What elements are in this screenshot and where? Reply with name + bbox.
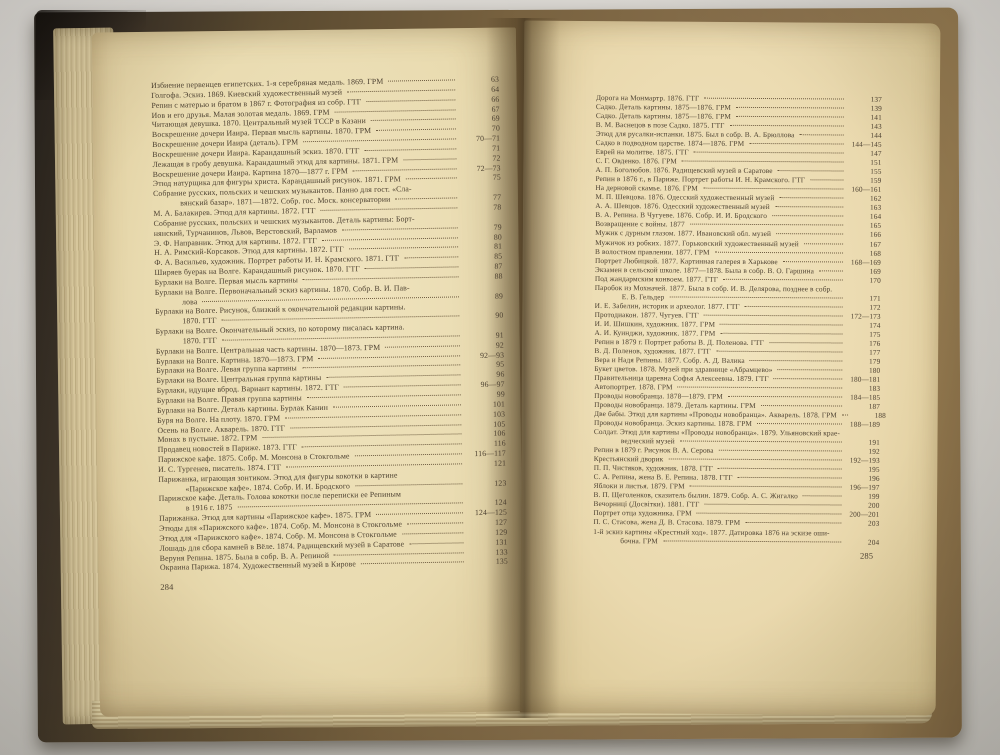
entry-page-number: 90 — [463, 311, 503, 321]
dot-leader — [720, 333, 842, 335]
entry-page-number: 116 — [466, 439, 506, 449]
dot-leader — [409, 542, 463, 544]
entry-page-number: 95 — [464, 360, 504, 370]
entry-page-number: 166 — [847, 230, 881, 239]
entry-page-number: 70—71 — [460, 134, 500, 144]
dot-leader — [376, 512, 463, 515]
dot-leader — [303, 138, 456, 142]
entry-title: ведческий музей — [594, 436, 675, 445]
entry-page-number: 168 — [847, 248, 881, 257]
dot-leader — [237, 503, 462, 508]
entry-page-number: 131 — [467, 537, 507, 547]
entry-title: Автопортрет. 1878. ГРМ — [594, 382, 673, 391]
toc-list-right: Дорога на Монмартр. 1876. ГТГ137Садко. Д… — [593, 93, 882, 560]
dot-leader — [287, 463, 463, 467]
dot-leader — [669, 296, 842, 298]
dot-leader — [347, 89, 455, 92]
entry-page-number: 144 — [848, 131, 882, 140]
dot-leader — [366, 99, 455, 102]
dot-leader — [749, 143, 843, 145]
dot-leader — [736, 107, 844, 109]
dot-leader — [704, 504, 841, 506]
dot-leader — [344, 385, 461, 388]
dot-leader — [779, 197, 843, 198]
dot-leader — [704, 314, 843, 316]
entry-page-number: 66 — [459, 94, 499, 104]
dot-leader — [697, 513, 842, 515]
entry-page-number: 203 — [845, 519, 879, 528]
entry-page-number: 196 — [846, 474, 880, 483]
dot-leader — [750, 360, 843, 362]
dot-leader — [342, 227, 458, 230]
entry-title: Е. В. Гельдер — [595, 292, 665, 301]
entry-page-number: 204 — [845, 537, 879, 546]
dot-leader — [719, 450, 842, 452]
entry-page-number: 135 — [468, 557, 508, 567]
entry-page-number: 199 — [846, 492, 880, 501]
dot-leader — [738, 477, 842, 479]
entry-page-number: 124 — [467, 498, 507, 508]
entry-page-number: 191 — [846, 438, 880, 447]
dot-leader — [668, 459, 841, 461]
entry-page-number: 144—145 — [848, 140, 882, 149]
dot-leader — [775, 206, 843, 207]
entry-page-number: 187 — [846, 402, 880, 411]
entry-page-number: 183 — [846, 384, 880, 393]
dot-leader — [803, 496, 842, 497]
dot-leader — [761, 405, 842, 406]
entry-page-number: 99 — [465, 390, 505, 400]
entry-page-number: 170 — [847, 275, 881, 284]
dot-leader — [678, 387, 843, 389]
entry-page-number: 80 — [462, 232, 502, 242]
dot-leader — [720, 324, 843, 326]
entry-page-number: 174 — [847, 320, 881, 329]
dot-leader — [303, 276, 459, 280]
entry-page-number: 177 — [846, 347, 880, 356]
dot-leader — [682, 161, 844, 163]
entry-page-number: 175 — [847, 329, 881, 338]
entry-page-number: 143 — [848, 122, 882, 131]
dot-leader — [745, 306, 843, 308]
dot-leader — [355, 483, 463, 486]
entry-page-number: 137 — [848, 95, 882, 104]
toc-list-left: Избиение первенцев египетских. 1-я сереб… — [151, 75, 508, 592]
entry-page-number: 88 — [463, 271, 503, 281]
entry-page-number: 79 — [462, 222, 502, 232]
entry-page-number: 162 — [847, 194, 881, 203]
dot-leader — [819, 270, 843, 271]
entry-page-number: 67 — [459, 104, 499, 114]
dot-leader — [842, 415, 848, 416]
entry-page-number: 200 — [845, 501, 879, 510]
book-photo: Избиение первенцев египетских. 1-я сереб… — [0, 0, 1000, 755]
entry-page-number: 184—185 — [846, 393, 880, 402]
dot-leader — [728, 396, 842, 398]
dot-leader — [663, 540, 841, 542]
dot-leader — [402, 532, 464, 534]
dot-leader — [774, 378, 843, 379]
dot-leader — [222, 335, 460, 340]
dot-leader — [778, 369, 843, 370]
dot-leader — [772, 215, 843, 216]
dot-leader — [353, 168, 457, 171]
dot-leader — [715, 251, 843, 253]
entry-page-number: 159 — [847, 176, 881, 185]
entry-page-number: 77 — [461, 193, 501, 203]
dot-leader — [321, 207, 458, 211]
dot-leader — [723, 278, 843, 280]
entry-page-number: 160—161 — [847, 185, 881, 194]
entry-page-number: 172—173 — [847, 311, 881, 320]
entry-page-number: 70 — [460, 124, 500, 134]
entry-title: С. Г. Овденко. 1876. ГРМ — [596, 156, 677, 165]
dot-leader — [745, 522, 841, 524]
dot-leader — [302, 365, 460, 369]
entry-title: Возвращение с войны. 1877 — [595, 219, 685, 229]
dot-leader — [307, 394, 461, 398]
dot-leader — [262, 434, 461, 439]
entry-page-number: 123 — [466, 478, 506, 488]
entry-page-number: 105 — [465, 419, 505, 429]
entry-page-number: 103 — [465, 409, 505, 419]
dot-leader — [776, 234, 843, 235]
folio-right: 285 — [593, 549, 879, 561]
entry-page-number: 151 — [848, 158, 882, 167]
dot-leader — [407, 522, 463, 524]
dot-leader — [757, 423, 842, 425]
dot-leader — [290, 424, 461, 428]
dot-leader — [690, 224, 843, 226]
entry-page-number: 188 — [852, 411, 886, 420]
dot-leader — [804, 243, 843, 244]
dot-leader — [730, 125, 844, 127]
entry-page-number: 92 — [464, 340, 504, 350]
dot-leader — [318, 355, 460, 359]
dot-leader — [388, 79, 455, 81]
dot-leader — [285, 414, 461, 418]
dot-leader — [716, 351, 843, 353]
entry-page-number: 180 — [846, 365, 880, 374]
entry-page-number: 78 — [461, 203, 501, 213]
entry-page-number: 124—125 — [467, 508, 507, 518]
dot-leader — [349, 247, 458, 250]
dot-leader — [778, 170, 844, 171]
entry-page-number: 92—93 — [464, 350, 504, 360]
entry-page-number: 116—117 — [466, 449, 506, 459]
entry-page-number: 163 — [847, 203, 881, 212]
dot-leader — [800, 134, 844, 135]
entry-page-number: 64 — [459, 84, 499, 94]
dot-leader — [406, 178, 457, 180]
entry-page-number: 72 — [460, 153, 500, 163]
entry-page-number: 192—193 — [846, 456, 880, 465]
entry-title: в 1916 г. 1875 — [159, 503, 233, 513]
entry-page-number: 133 — [468, 547, 508, 557]
entry-page-number: 188—189 — [846, 420, 880, 429]
entry-page-number: 127 — [467, 518, 507, 528]
dot-leader — [202, 296, 459, 302]
dot-leader — [395, 198, 457, 200]
entry-page-number: 63 — [459, 75, 499, 85]
dot-leader — [680, 441, 842, 443]
toc-entry-line: бочна. ГРМ204 — [593, 536, 879, 547]
toc-rows-left: Избиение первенцев египетских. 1-я сереб… — [151, 75, 508, 573]
entry-page-number: 89 — [463, 291, 503, 301]
dot-leader — [385, 345, 460, 347]
dot-leader — [703, 188, 844, 190]
entry-page-number: 71 — [460, 144, 500, 154]
dot-leader — [694, 152, 844, 154]
dot-leader — [769, 342, 843, 343]
entry-page-number: 168—169 — [847, 257, 881, 266]
entry-page-number: 180—181 — [846, 375, 880, 384]
entry-page-number: 169 — [847, 266, 881, 275]
entry-page-number: 129 — [467, 527, 507, 537]
entry-page-number: 75 — [461, 173, 501, 183]
entry-title: Крестьянский дворик — [594, 454, 664, 463]
entry-page-number: 195 — [846, 465, 880, 474]
entry-page-number: 179 — [846, 356, 880, 365]
dot-leader — [302, 444, 462, 448]
entry-page-number: 147 — [848, 149, 882, 158]
entry-page-number: 164 — [847, 212, 881, 221]
entry-page-number: 196—197 — [846, 483, 880, 492]
dot-leader — [718, 468, 842, 470]
dot-leader — [222, 316, 460, 321]
entry-page-number: 85 — [462, 252, 502, 262]
entry-page-number: 165 — [847, 221, 881, 230]
entry-page-number: 139 — [848, 104, 882, 113]
entry-page-number: 69 — [460, 114, 500, 124]
entry-page-number: 167 — [847, 239, 881, 248]
entry-title: 1870. ГТГ — [156, 336, 218, 346]
entry-page-number: 171 — [847, 293, 881, 302]
entry-page-number: 96—97 — [465, 380, 505, 390]
dot-leader — [371, 119, 456, 122]
entry-page-number: 141 — [848, 113, 882, 122]
entry-page-number: 101 — [465, 399, 505, 409]
entry-page-number: 192 — [846, 447, 880, 456]
dot-leader — [365, 266, 459, 269]
entry-page-number: 106 — [465, 429, 505, 439]
dot-leader — [403, 158, 456, 160]
entry-page-number: 176 — [846, 338, 880, 347]
dot-leader — [333, 404, 461, 407]
entry-page-number: 72—73 — [461, 163, 501, 173]
dot-leader — [322, 237, 458, 240]
toc-rows-right: Дорога на Монмартр. 1876. ГТГ137Садко. Д… — [593, 93, 882, 546]
dot-leader — [355, 453, 462, 456]
dot-leader — [334, 552, 464, 555]
dot-leader — [404, 257, 458, 259]
entry-page-number: 155 — [847, 167, 881, 176]
entry-page-number: 121 — [466, 458, 506, 468]
entry-page-number: 96 — [464, 370, 504, 380]
entry-page-number: 172 — [847, 302, 881, 311]
entry-page-number: 200—201 — [845, 510, 879, 519]
dot-leader — [335, 109, 456, 112]
entry-page-number: 87 — [462, 262, 502, 272]
dot-leader — [361, 562, 464, 565]
entry-page-number: 81 — [462, 242, 502, 252]
entry-title: 1870. ГТГ — [155, 316, 217, 326]
entry-title: бочна. ГРМ — [593, 536, 658, 545]
dot-leader — [326, 375, 460, 378]
dot-leader — [810, 180, 843, 181]
dot-leader — [736, 116, 844, 118]
dot-leader — [704, 98, 844, 100]
entry-title: лова — [155, 297, 197, 307]
dot-leader — [365, 148, 457, 151]
dot-leader — [690, 486, 842, 488]
entry-page-number: 91 — [464, 331, 504, 341]
dot-leader — [783, 261, 843, 262]
dot-leader — [376, 129, 456, 131]
